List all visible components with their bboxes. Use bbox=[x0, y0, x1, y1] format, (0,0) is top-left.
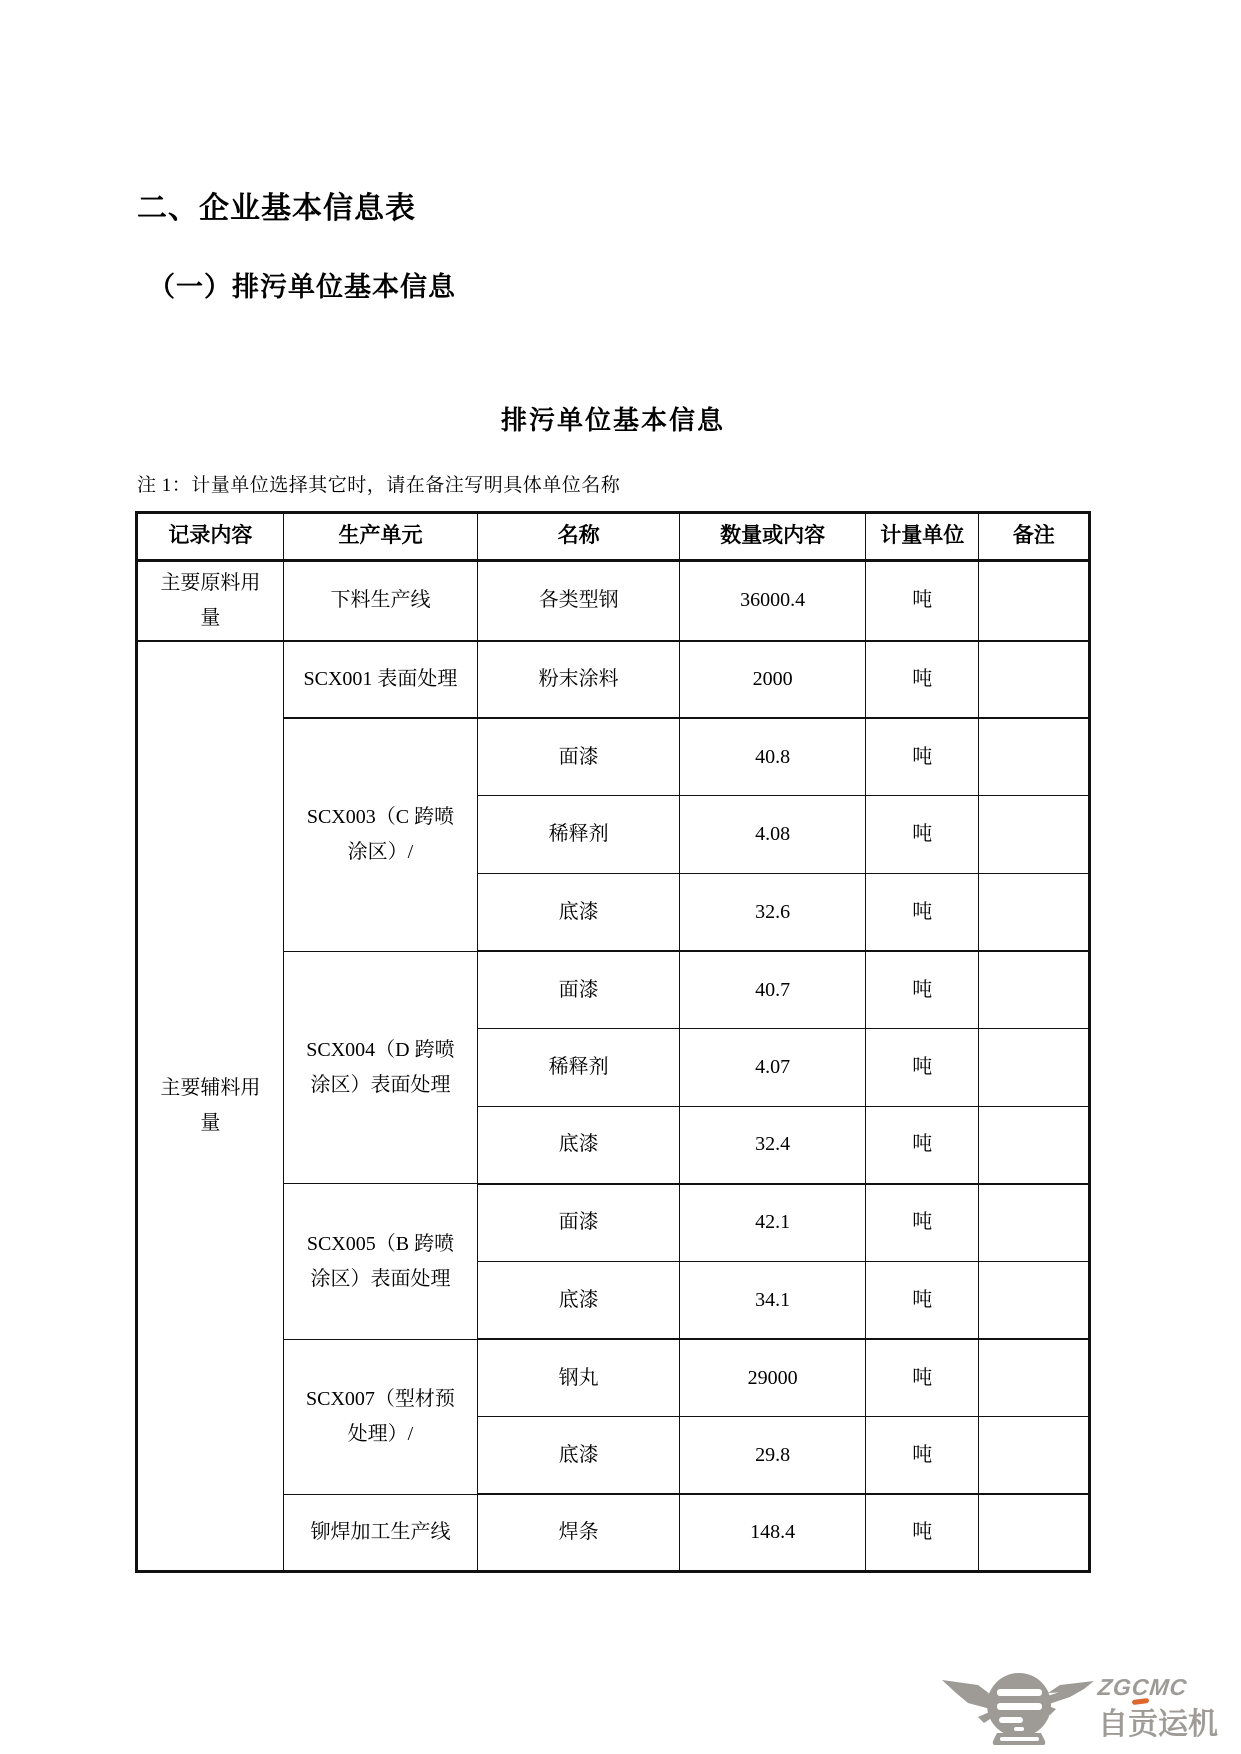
logo-abbr: ZGCMC bbox=[1097, 1674, 1225, 1701]
cell-name: 面漆 bbox=[478, 1184, 680, 1262]
column-header: 名称 bbox=[478, 513, 680, 561]
cell-measure: 吨 bbox=[866, 874, 979, 952]
cell-qty: 34.1 bbox=[680, 1262, 866, 1340]
section-title: 二、企业基本信息表 bbox=[137, 183, 416, 227]
cell-unit: 铆焊加工生产线 bbox=[283, 1494, 477, 1572]
column-header: 计量单位 bbox=[866, 513, 979, 561]
logo-accent-stroke bbox=[1132, 1698, 1149, 1705]
cell-remark bbox=[979, 1339, 1090, 1417]
cell-remark bbox=[979, 1262, 1090, 1340]
cell-name: 稀释剂 bbox=[478, 1029, 680, 1107]
cell-remark bbox=[979, 1029, 1090, 1107]
cell-qty: 4.08 bbox=[680, 796, 866, 874]
cell-qty: 32.4 bbox=[680, 1106, 866, 1184]
cell-qty: 40.8 bbox=[680, 718, 866, 796]
cell-measure: 吨 bbox=[866, 1106, 979, 1184]
cell-measure: 吨 bbox=[866, 1339, 979, 1417]
cell-measure: 吨 bbox=[866, 1184, 979, 1262]
table-header-row: 记录内容生产单元名称数量或内容计量单位备注 bbox=[137, 513, 1090, 561]
cell-qty: 4.07 bbox=[680, 1029, 866, 1107]
cell-qty: 36000.4 bbox=[680, 560, 866, 641]
cell-name: 稀释剂 bbox=[478, 796, 680, 874]
cell-remark bbox=[979, 951, 1090, 1029]
cell-name: 面漆 bbox=[478, 951, 680, 1029]
logo-emblem-icon bbox=[938, 1663, 1098, 1753]
logo-text: ZGCMC 自贡运机 bbox=[1098, 1674, 1223, 1743]
cell-qty: 2000 bbox=[680, 641, 866, 719]
cell-remark bbox=[979, 718, 1090, 796]
column-header: 生产单元 bbox=[283, 513, 477, 561]
cell-unit: 下料生产线 bbox=[283, 560, 477, 641]
logo-name: 自贡运机 bbox=[1098, 1699, 1223, 1743]
cell-measure: 吨 bbox=[866, 1417, 979, 1495]
cell-name: 底漆 bbox=[478, 1262, 680, 1340]
cell-record: 主要辅料用量 bbox=[137, 641, 284, 1572]
cell-name: 底漆 bbox=[478, 874, 680, 952]
table-row: 主要辅料用量SCX001 表面处理粉末涂料2000吨 bbox=[137, 641, 1090, 719]
cell-measure: 吨 bbox=[866, 718, 979, 796]
cell-measure: 吨 bbox=[866, 641, 979, 719]
cell-record: 主要原料用量 bbox=[137, 560, 284, 641]
cell-qty: 40.7 bbox=[680, 951, 866, 1029]
cell-remark bbox=[979, 560, 1090, 641]
cell-unit: SCX003（C 跨喷涂区）/ bbox=[283, 718, 477, 951]
company-logo: ZGCMC 自贡运机 bbox=[938, 1660, 1223, 1754]
table-title: 排污单位基本信息 bbox=[135, 400, 1091, 437]
cell-name: 底漆 bbox=[478, 1417, 680, 1495]
column-header: 数量或内容 bbox=[680, 513, 866, 561]
cell-unit: SCX007（型材预处理）/ bbox=[283, 1339, 477, 1494]
subsection-title: （一）排污单位基本信息 bbox=[148, 265, 456, 304]
table-row: 主要原料用量下料生产线各类型钢36000.4吨 bbox=[137, 560, 1090, 641]
cell-remark bbox=[979, 641, 1090, 719]
cell-name: 面漆 bbox=[478, 718, 680, 796]
cell-remark bbox=[979, 1106, 1090, 1184]
cell-qty: 42.1 bbox=[680, 1184, 866, 1262]
cell-unit: SCX004（D 跨喷涂区）表面处理 bbox=[283, 951, 477, 1184]
cell-measure: 吨 bbox=[866, 1262, 979, 1340]
cell-measure: 吨 bbox=[866, 796, 979, 874]
cell-measure: 吨 bbox=[866, 951, 979, 1029]
cell-measure: 吨 bbox=[866, 1494, 979, 1572]
cell-remark bbox=[979, 1184, 1090, 1262]
cell-unit: SCX001 表面处理 bbox=[283, 641, 477, 719]
cell-remark bbox=[979, 874, 1090, 952]
cell-qty: 29.8 bbox=[680, 1417, 866, 1495]
cell-name: 焊条 bbox=[478, 1494, 680, 1572]
cell-name: 钢丸 bbox=[478, 1339, 680, 1417]
cell-remark bbox=[979, 1494, 1090, 1572]
column-header: 记录内容 bbox=[137, 513, 284, 561]
cell-measure: 吨 bbox=[866, 1029, 979, 1107]
cell-name: 底漆 bbox=[478, 1106, 680, 1184]
cell-name: 粉末涂料 bbox=[478, 641, 680, 719]
document-page: 二、企业基本信息表 （一）排污单位基本信息 排污单位基本信息 注 1：计量单位选… bbox=[0, 0, 1241, 1754]
cell-remark bbox=[979, 796, 1090, 874]
cell-qty: 32.6 bbox=[680, 874, 866, 952]
cell-remark bbox=[979, 1417, 1090, 1495]
basic-info-table: 记录内容生产单元名称数量或内容计量单位备注 主要原料用量下料生产线各类型钢360… bbox=[135, 511, 1091, 1573]
cell-qty: 29000 bbox=[680, 1339, 866, 1417]
cell-name: 各类型钢 bbox=[478, 560, 680, 641]
column-header: 备注 bbox=[979, 513, 1090, 561]
table-note: 注 1：计量单位选择其它时，请在备注写明具体单位名称 bbox=[137, 470, 620, 497]
cell-unit: SCX005（B 跨喷涂区）表面处理 bbox=[283, 1184, 477, 1339]
logo-name-characters: 自贡运机 bbox=[1098, 1708, 1218, 1741]
cell-measure: 吨 bbox=[866, 560, 979, 641]
cell-qty: 148.4 bbox=[680, 1494, 866, 1572]
